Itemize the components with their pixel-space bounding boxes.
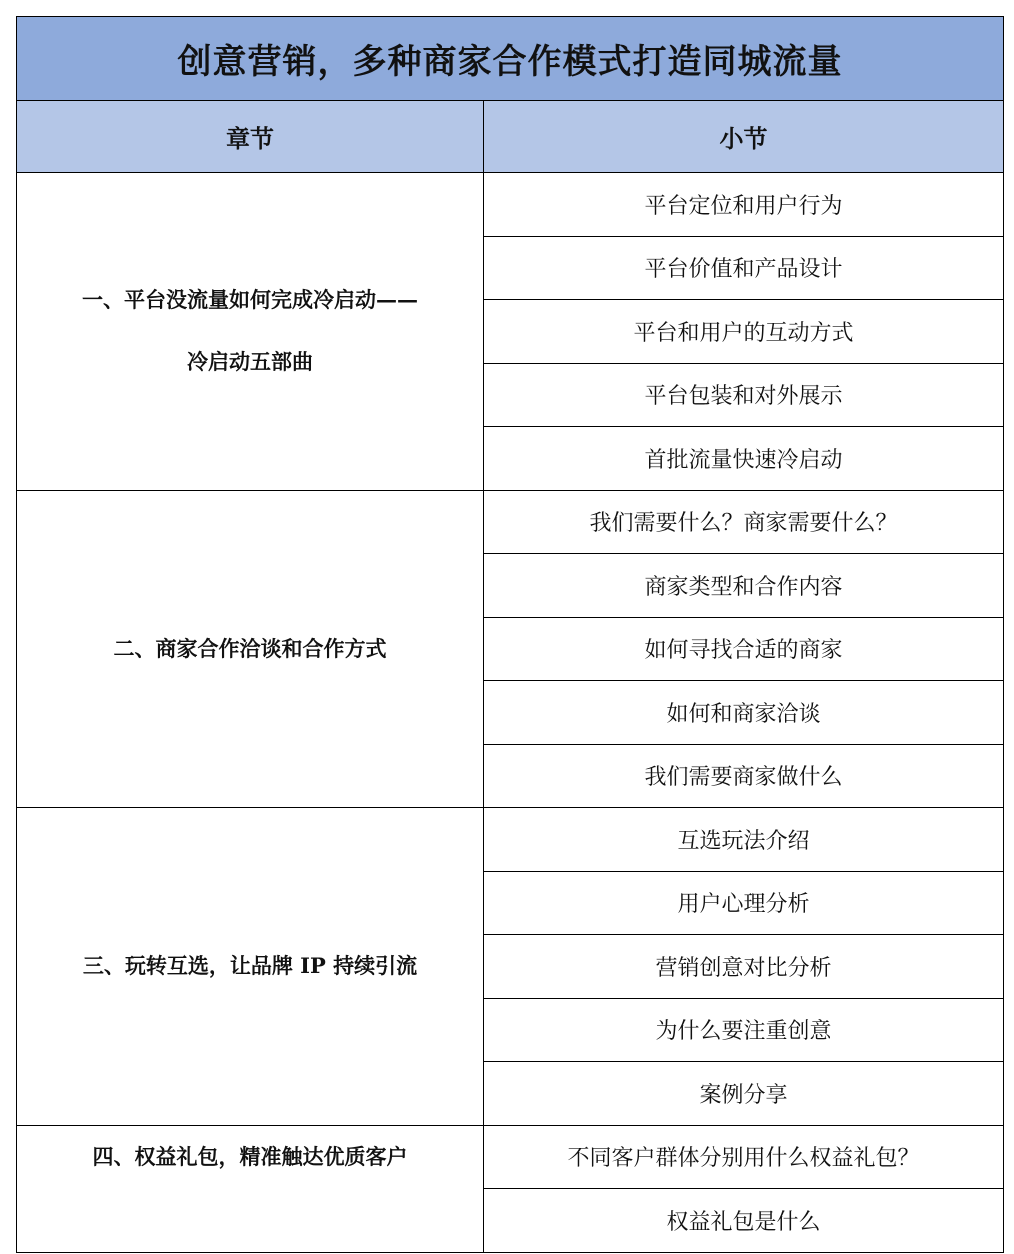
chapter-label-line2: 冷启动五部曲: [17, 331, 483, 393]
table-row: 二、商家合作洽谈和合作方式 我们需要什么？商家需要什么？: [17, 490, 1004, 554]
title-row: 创意营销，多种商家合作模式打造同城流量: [17, 17, 1004, 101]
table-row: 一、平台没流量如何完成冷启动—— 冷启动五部曲 平台定位和用户行为: [17, 173, 1004, 237]
section-cell: 营销创意对比分析: [484, 935, 1004, 999]
header-chapter: 章节: [17, 101, 484, 173]
section-cell: 案例分享: [484, 1062, 1004, 1126]
chapter-label: 二、商家合作洽谈和合作方式: [17, 618, 483, 680]
table-row: 四、权益礼包，精准触达优质客户 不同客户群体分别用什么权益礼包？: [17, 1125, 1004, 1189]
section-cell: 互选玩法介绍: [484, 808, 1004, 872]
chapter-cell: 三、玩转互选，让品牌 IP 持续引流: [17, 808, 484, 1126]
section-cell: 平台和用户的互动方式: [484, 300, 1004, 364]
section-cell: 如何寻找合适的商家: [484, 617, 1004, 681]
section-cell: 平台价值和产品设计: [484, 236, 1004, 300]
course-outline-table: 创意营销，多种商家合作模式打造同城流量 章节 小节 一、平台没流量如何完成冷启动…: [16, 16, 1004, 1253]
section-cell: 我们需要商家做什么: [484, 744, 1004, 808]
chapter-cell: 二、商家合作洽谈和合作方式: [17, 490, 484, 808]
chapter-cell: 四、权益礼包，精准触达优质客户: [17, 1125, 484, 1252]
section-cell: 不同客户群体分别用什么权益礼包？: [484, 1125, 1004, 1189]
section-cell: 平台包装和对外展示: [484, 363, 1004, 427]
section-cell: 如何和商家洽谈: [484, 681, 1004, 745]
table-title: 创意营销，多种商家合作模式打造同城流量: [17, 17, 1004, 101]
header-section: 小节: [484, 101, 1004, 173]
section-cell: 权益礼包是什么: [484, 1189, 1004, 1253]
chapter-label: 一、平台没流量如何完成冷启动——: [17, 269, 483, 331]
chapter-label: 三、玩转互选，让品牌 IP 持续引流: [17, 935, 483, 997]
section-cell: 为什么要注重创意: [484, 998, 1004, 1062]
table-row: 三、玩转互选，让品牌 IP 持续引流 互选玩法介绍: [17, 808, 1004, 872]
section-cell: 我们需要什么？商家需要什么？: [484, 490, 1004, 554]
chapter-label: 四、权益礼包，精准触达优质客户: [17, 1126, 483, 1188]
section-cell: 平台定位和用户行为: [484, 173, 1004, 237]
header-row: 章节 小节: [17, 101, 1004, 173]
section-cell: 首批流量快速冷启动: [484, 427, 1004, 491]
section-cell: 用户心理分析: [484, 871, 1004, 935]
chapter-cell: 一、平台没流量如何完成冷启动—— 冷启动五部曲: [17, 173, 484, 491]
section-cell: 商家类型和合作内容: [484, 554, 1004, 618]
